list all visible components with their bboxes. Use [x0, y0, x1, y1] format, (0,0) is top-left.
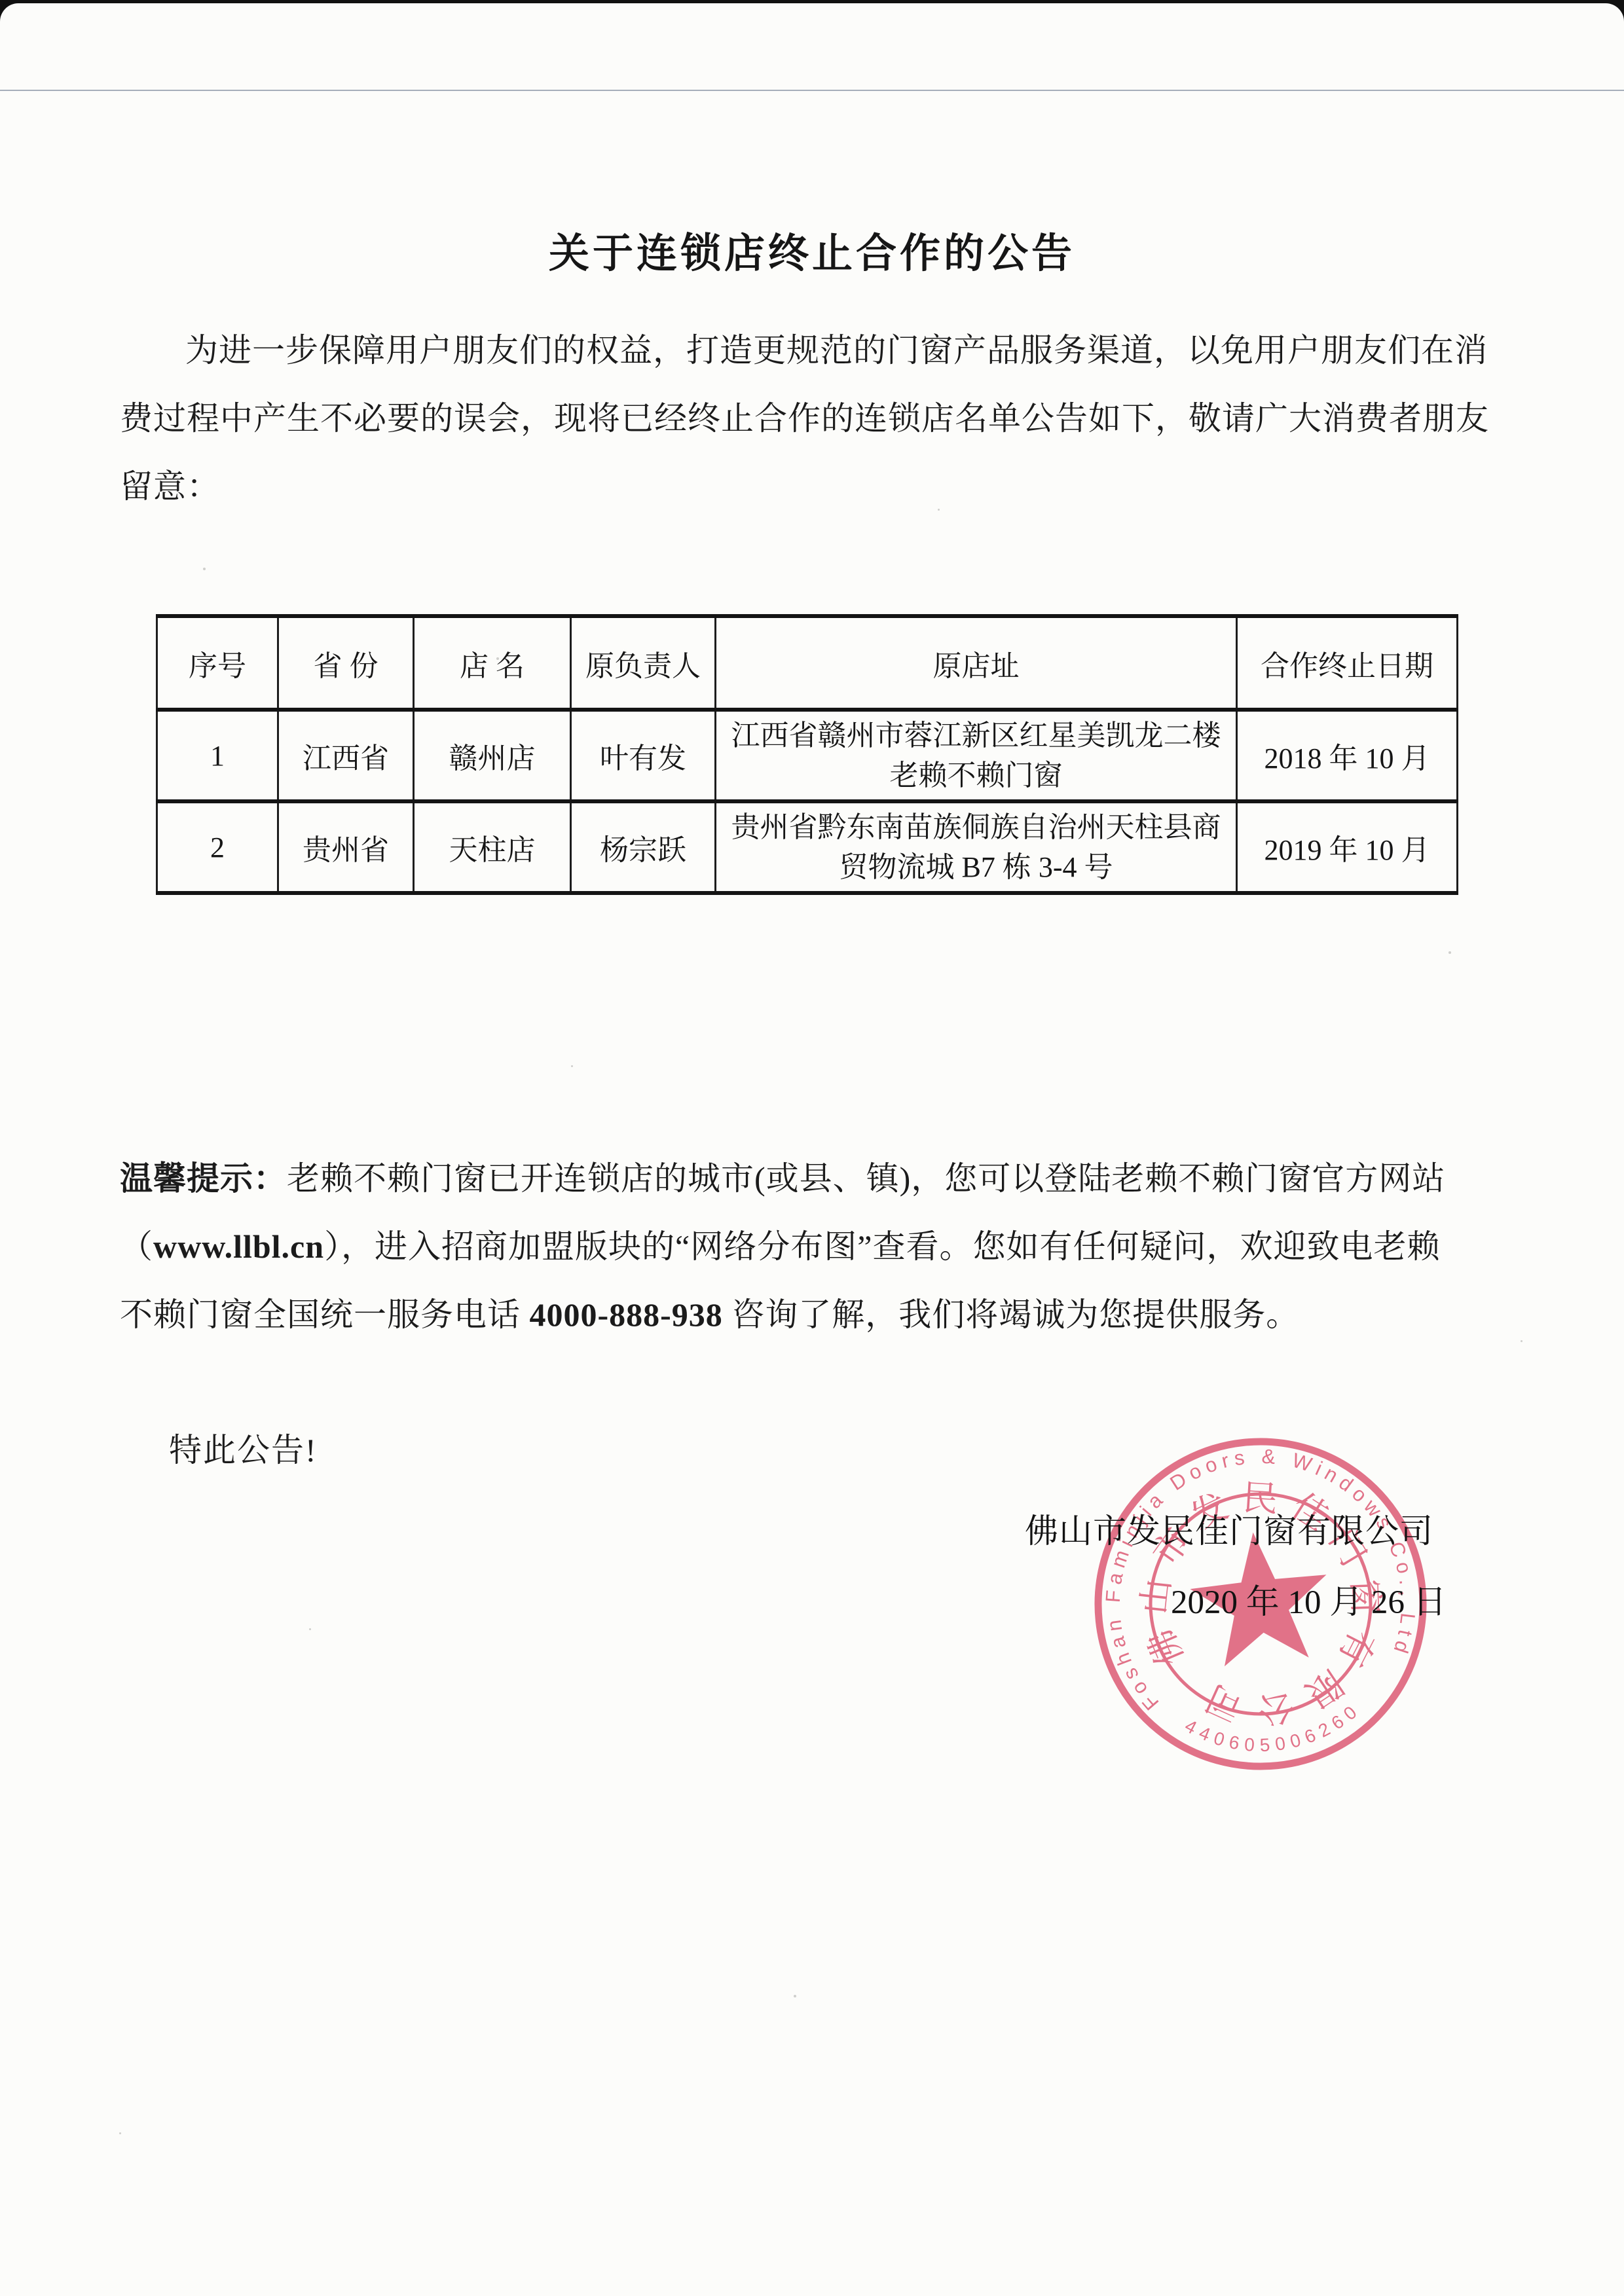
- company-signature: 佛山市发民佳门窗有限公司: [1025, 1509, 1433, 1555]
- scan-noise-speck: [309, 1628, 311, 1630]
- tip-text-4: 咨询了解，我们将竭诚为您提供服务。: [723, 1296, 1300, 1333]
- closing-note: 特此公告!: [169, 1416, 318, 1484]
- cell-store: 天柱店: [414, 801, 571, 893]
- intro-line-2: 费过程中产生不必要的误会，现将已经终止合作的连锁店名单公告如下，敬请广大消费者朋…: [120, 384, 1515, 452]
- tip-label: 温馨提示：: [120, 1160, 287, 1197]
- tips-paragraph: 温馨提示：老赖不赖门窗已开连锁店的城市(或县、镇)，您可以登陆老赖不赖门窗官方网…: [120, 1144, 1515, 1349]
- address-line-1: 江西省赣州市蓉江新区红星美凯龙二楼: [716, 716, 1236, 756]
- table-header-address: 原店址: [716, 616, 1237, 710]
- scan-noise-speck: [794, 1995, 796, 1997]
- table-header-manager: 原负责人: [571, 616, 716, 710]
- cell-manager: 杨宗跃: [571, 801, 716, 893]
- tip-text-1: 老赖不赖门窗已开连锁店的城市(或县、镇)，您可以登陆老赖不赖门窗官方网站: [287, 1160, 1445, 1197]
- scan-noise-speck: [1449, 951, 1451, 954]
- address-line-2: 老赖不赖门窗: [716, 756, 1236, 795]
- table-header-province: 省 份: [278, 616, 414, 710]
- cell-end-date: 2019 年 10 月: [1237, 801, 1458, 893]
- terminated-stores-table: 序号 省 份 店 名 原负责人 原店址 合作终止日期 1 江西省 赣州店 叶有发…: [156, 614, 1458, 895]
- table-header-row: 序号 省 份 店 名 原负责人 原店址 合作终止日期: [157, 616, 1458, 710]
- announcement-date: 2020 年 10 月 26 日: [1171, 1580, 1447, 1626]
- cell-index: 2: [157, 801, 278, 893]
- cell-province: 江西省: [278, 710, 414, 801]
- scanner-artifact-line: [0, 90, 1624, 91]
- intro-line-3: 留意：: [120, 452, 1515, 520]
- address-line-2: 贸物流城 B7 栋 3-4 号: [716, 847, 1236, 887]
- table-header-end-date: 合作终止日期: [1237, 616, 1458, 710]
- tip-line-3: 不赖门窗全国统一服务电话 4000-888-938 咨询了解，我们将竭诚为您提供…: [120, 1281, 1515, 1349]
- tip-text-2: ），进入招商加盟版块的“网络分布图”查看。您如有任何疑问，欢迎致电老赖: [324, 1228, 1440, 1265]
- table-row: 1 江西省 赣州店 叶有发 江西省赣州市蓉江新区红星美凯龙二楼 老赖不赖门窗 2…: [157, 710, 1458, 801]
- scan-noise-speck: [119, 2132, 121, 2134]
- tip-line-2: （www.llbl.cn），进入招商加盟版块的“网络分布图”查看。您如有任何疑问…: [120, 1212, 1515, 1281]
- cell-end-date: 2018 年 10 月: [1237, 710, 1458, 801]
- cell-store: 赣州店: [414, 710, 571, 801]
- table-header-store: 店 名: [414, 616, 571, 710]
- scan-noise-speck: [571, 1065, 573, 1067]
- tip-line-1: 温馨提示：老赖不赖门窗已开连锁店的城市(或县、镇)，您可以登陆老赖不赖门窗官方网…: [120, 1144, 1515, 1212]
- scanned-page: 关于连锁店终止合作的公告 为进一步保障用户朋友们的权益，打造更规范的门窗产品服务…: [0, 3, 1624, 2296]
- cell-address: 贵州省黔东南苗族侗族自治州天柱县商 贸物流城 B7 栋 3-4 号: [716, 801, 1237, 893]
- tip-text-3: 不赖门窗全国统一服务电话: [120, 1296, 530, 1333]
- table-row: 2 贵州省 天柱店 杨宗跃 贵州省黔东南苗族侗族自治州天柱县商 贸物流城 B7 …: [157, 801, 1458, 893]
- cell-address: 江西省赣州市蓉江新区红星美凯龙二楼 老赖不赖门窗: [716, 710, 1237, 801]
- intro-line-1: 为进一步保障用户朋友们的权益，打造更规范的门窗产品服务渠道，以免用户朋友们在消: [120, 316, 1515, 384]
- scan-noise-speck: [1521, 1340, 1522, 1342]
- address-line-1: 贵州省黔东南苗族侗族自治州天柱县商: [716, 807, 1236, 847]
- page-title: 关于连锁店终止合作的公告: [0, 221, 1624, 279]
- service-phone: 4000-888-938: [530, 1296, 723, 1333]
- table-header-index: 序号: [157, 616, 278, 710]
- cell-manager: 叶有发: [571, 710, 716, 801]
- cell-province: 贵州省: [278, 801, 414, 893]
- tip-paren: （: [120, 1228, 153, 1265]
- cell-index: 1: [157, 710, 278, 801]
- website-url: www.llbl.cn: [153, 1228, 324, 1265]
- intro-paragraph: 为进一步保障用户朋友们的权益，打造更规范的门窗产品服务渠道，以免用户朋友们在消 …: [120, 316, 1515, 520]
- scan-noise-speck: [203, 568, 206, 570]
